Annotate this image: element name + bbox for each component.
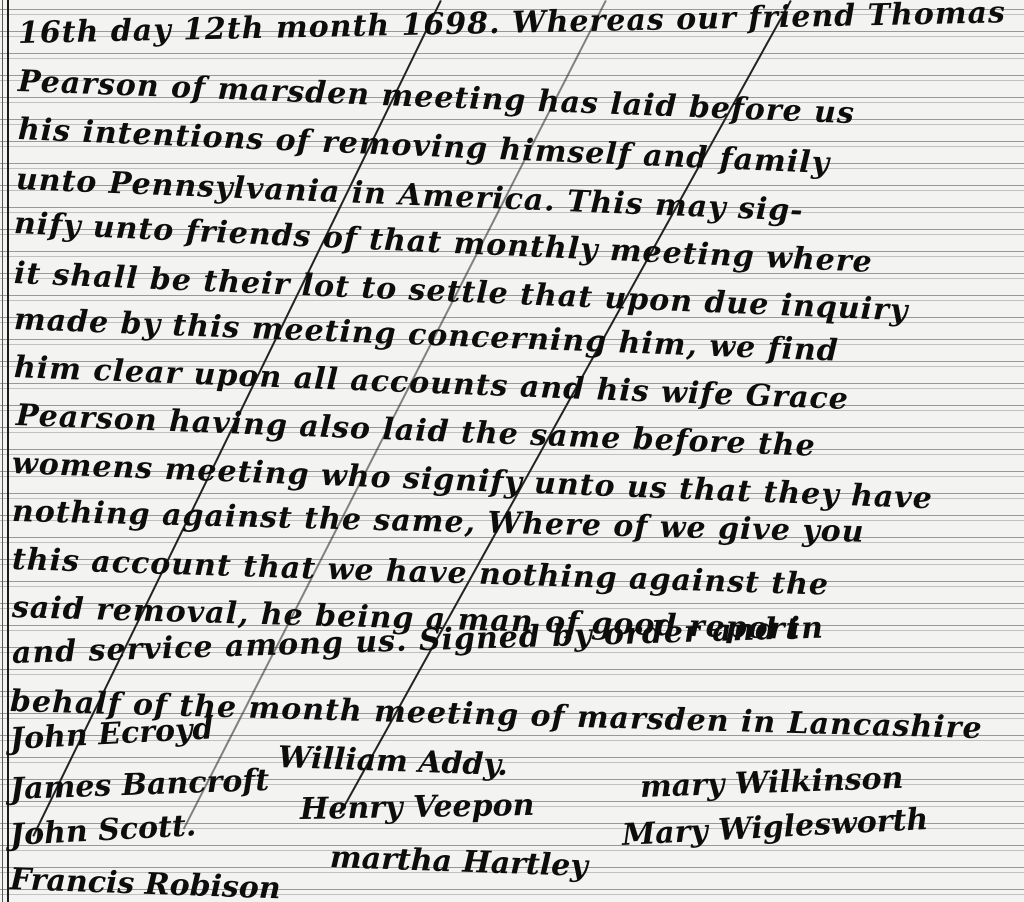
signature-john-scott: John Scott. bbox=[9, 808, 197, 853]
manuscript-page: 16th day 12th month 1698. Whereas our fr… bbox=[0, 0, 1024, 902]
signature-james-bancroft: James Bancroft bbox=[9, 763, 269, 807]
left-margin-rule-outer bbox=[2, 0, 3, 902]
signature-william-addy: William Addy. bbox=[277, 740, 508, 783]
signature-mary-wiglesworth: Mary Wiglesworth bbox=[621, 802, 929, 853]
signature-martha-hartley: martha Hartley bbox=[329, 840, 588, 884]
left-margin-rule bbox=[7, 0, 9, 902]
signature-mary-wilkinson: mary Wilkinson bbox=[639, 761, 904, 805]
text-line-1: 16th day 12th month 1698. Whereas our fr… bbox=[18, 0, 1007, 51]
signature-francis-robison: Francis Robison bbox=[9, 862, 281, 902]
signature-henry-veepon: Henry Veepon bbox=[300, 788, 535, 827]
